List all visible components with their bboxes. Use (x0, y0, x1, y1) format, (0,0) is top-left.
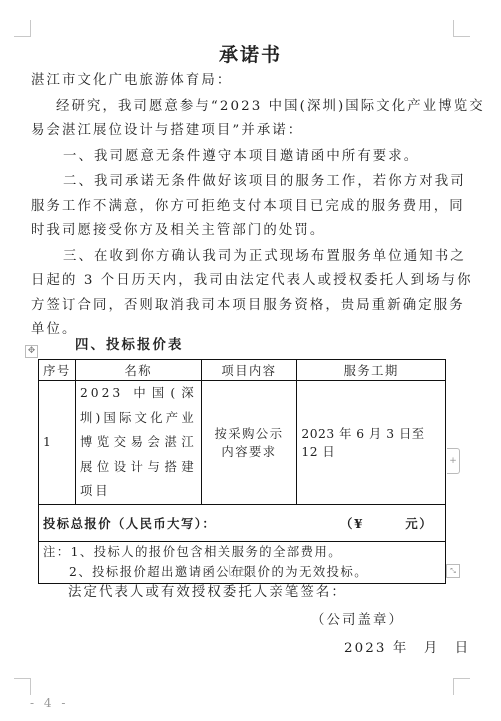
add-row-icon[interactable]: + (229, 565, 255, 576)
intro-line-2: 易会湛江展位设计与搭建项目”并承诺： (31, 122, 303, 140)
clause-2-line-3: 时我司愿接受你方及相关主管部门的处罚。 (31, 222, 325, 240)
header-content: 项目内容 (201, 360, 297, 381)
cell-name[interactable]: 2023 中国(深圳)国际文化产业博览交易会湛江展位设计与搭建项目 (75, 381, 201, 505)
clause-3-line-3: 方签订合同，否则取消我司本项目服务资格，贵局重新确定服务 (31, 297, 465, 315)
date-line: 2023 年 月 日 (344, 640, 470, 658)
clause-2-line-2: 服务工作不满意，你方可拒绝支付本项目已完成的服务费用，同 (31, 198, 465, 216)
section-4-heading: 四、投标报价表 (75, 336, 183, 354)
cell-content-line-1: 按采购公示 (206, 424, 293, 442)
page-corner-top-left (14, 20, 31, 37)
table-header-row: 序号 名称 项目内容 服务工期 (39, 360, 446, 381)
seal-label: （公司盖章） (311, 612, 404, 630)
notes-row: 注：1、投标人的报价包含相关服务的全部费用。 2、投标报价超出邀请函公布限价的为… (39, 541, 446, 583)
clause-2-line-1: 二、我司承诺无条件做好该项目的服务工作，若你方对我司 (63, 173, 466, 191)
page-corner-bottom-left (14, 678, 31, 695)
header-index: 序号 (39, 360, 76, 381)
clause-3-line-1: 三、在收到你方确认我司为正式现场布置服务单位通知书之 (63, 248, 466, 266)
cell-period[interactable]: 2023 年 6 月 3 日至 12 日 (297, 381, 446, 505)
table-row: 1 2023 中国(深圳)国际文化产业博览交易会湛江展位设计与搭建项目 按采购公… (39, 381, 446, 505)
note-line-1: 注：1、投标人的报价包含相关服务的全部费用。 (43, 542, 441, 562)
page-number: - 4 - (30, 696, 68, 710)
page-corner-top-right (453, 20, 470, 37)
add-column-icon[interactable]: + (447, 448, 460, 474)
cell-content-line-2: 内容要求 (206, 442, 293, 460)
signer-label: 法定代表人或有效授权委托人亲笔签名： (68, 584, 347, 602)
table-resize-icon[interactable]: ⤡ (446, 564, 460, 578)
cell-name-text: 2023 中国(深圳)国际文化产业博览交易会湛江展位设计与搭建项目 (80, 386, 197, 498)
clause-3-line-2: 日起的 3 个日历天内，我司由法定代表人或授权委托人到场与你 (31, 272, 473, 290)
total-price-amount: （¥ 元） (340, 514, 433, 532)
addressee: 湛江市文化广电旅游体育局： (31, 72, 232, 90)
total-price-cell[interactable]: 投标总报价（人民币大写）： （¥ 元） (39, 504, 446, 541)
cell-content[interactable]: 按采购公示 内容要求 (201, 381, 297, 505)
page-corner-bottom-right (453, 678, 470, 695)
total-price-row: 投标总报价（人民币大写）： （¥ 元） (39, 504, 446, 541)
clause-3-line-4: 单位。 (31, 321, 77, 339)
table-move-handle-icon[interactable]: ✥ (25, 345, 38, 358)
header-name: 名称 (75, 360, 201, 381)
bid-price-table: 序号 名称 项目内容 服务工期 1 2023 中国(深圳)国际文化产业博览交易会… (38, 359, 446, 584)
header-period: 服务工期 (297, 360, 446, 381)
notes-cell[interactable]: 注：1、投标人的报价包含相关服务的全部费用。 2、投标报价超出邀请函公布限价的为… (39, 541, 446, 583)
total-price-label: 投标总报价（人民币大写）： (43, 516, 216, 531)
cell-index[interactable]: 1 (39, 381, 76, 505)
clause-1: 一、我司愿意无条件遵守本项目邀请函中所有要求。 (63, 148, 419, 166)
document-title: 承诺书 (0, 40, 501, 67)
intro-line-1: 经研究，我司愿意参与“2023 中国(深圳)国际文化产业博览交 (56, 98, 485, 116)
